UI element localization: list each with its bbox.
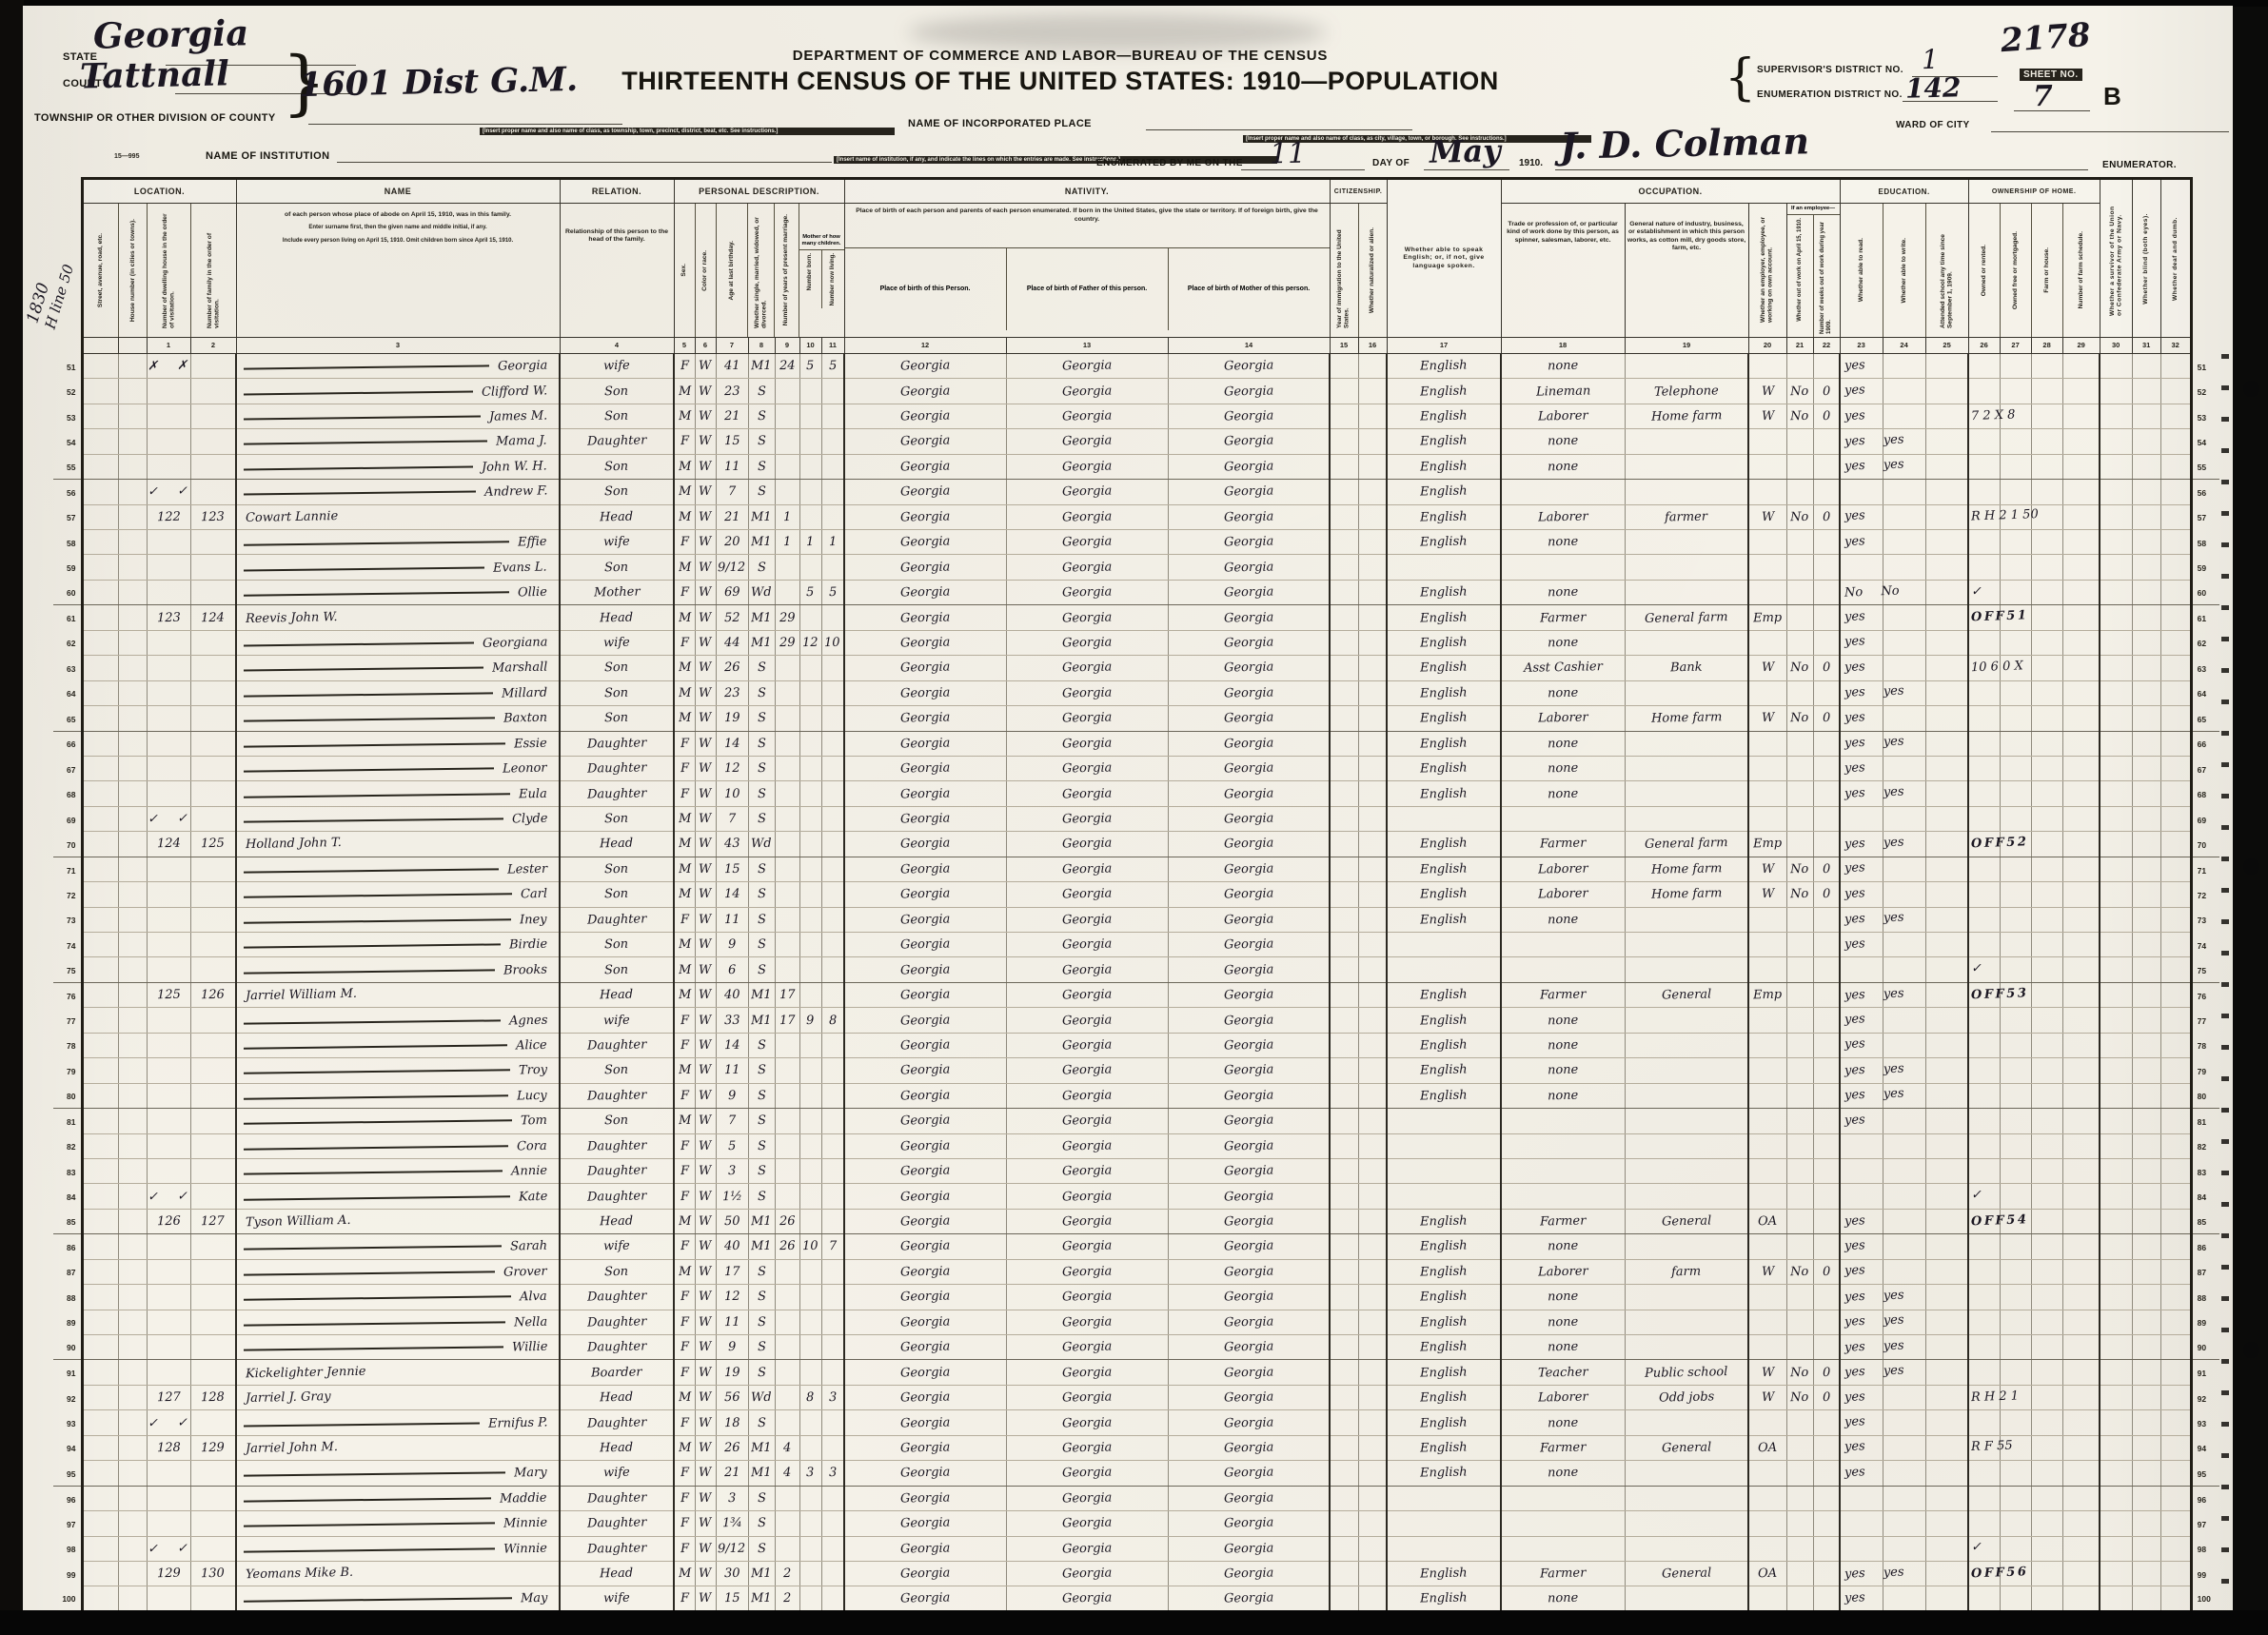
cell-survivor	[2100, 1083, 2132, 1108]
cell-industry: General	[1625, 1561, 1748, 1586]
cell-name: Yeomans Mike B.	[236, 1561, 560, 1586]
cell-employer-status	[1748, 630, 1786, 655]
cell-write	[1883, 555, 1925, 580]
cell-weeks-out	[1813, 1561, 1840, 1586]
cell-sex: M	[674, 605, 695, 630]
cell-deaf	[2160, 353, 2191, 378]
cell-farm-schedule	[2062, 957, 2100, 982]
cell-deaf	[2160, 731, 2191, 756]
cell-survivor	[2100, 1234, 2132, 1259]
cell-dwelling-number	[147, 781, 190, 806]
cell-house-number	[118, 907, 147, 932]
cell-street	[82, 1461, 118, 1486]
cell-farm-or-house	[2031, 1435, 2062, 1460]
cell-home-owned: OFF54	[1968, 1209, 2000, 1233]
cell-father-birthplace: Georgia	[1006, 1234, 1168, 1259]
cell-children-born	[799, 454, 821, 479]
cell-children-living: 8	[821, 1008, 844, 1033]
census-row-81: 81TomSonMW7SGeorgiaGeorgiaGeorgiayes81	[53, 1109, 2219, 1133]
census-row-75: 75BrooksSonMW6SGeorgiaGeorgiaGeorgia✓75	[53, 957, 2219, 982]
cell-out-of-work	[1786, 1310, 1813, 1334]
cell-naturalization	[1358, 781, 1387, 806]
incorporated-place-label: Name of incorporated place	[908, 118, 1092, 129]
cell-age: 23	[716, 680, 748, 705]
cell-birthplace: Georgia	[844, 1033, 1006, 1057]
cell-farm-or-house	[2031, 680, 2062, 705]
cell-school	[1925, 1184, 1968, 1209]
cell-family-number	[190, 907, 236, 932]
cell-read: yes yes	[1840, 1561, 1883, 1586]
cell-home-owned: OFF53	[1968, 982, 2000, 1007]
cell-family-number	[190, 1184, 236, 1209]
census-row-94: 94128129Jarriel John M.HeadMW26M14Georgi…	[53, 1435, 2219, 1460]
cell-employer-status: Emp	[1748, 605, 1786, 630]
cell-street	[82, 756, 118, 780]
cell-weeks-out	[1813, 1109, 1840, 1133]
cell-family-number	[190, 933, 236, 957]
cell-marital-status: S	[748, 1360, 775, 1385]
cell-read: yes	[1840, 706, 1883, 731]
census-row-51: 51✗ ✗GeorgiawifeFW41M12455GeorgiaGeorgia…	[53, 353, 2219, 378]
cell-industry: farm	[1625, 1259, 1748, 1284]
column-number: 23	[1840, 337, 1883, 353]
cell-naturalization	[1358, 429, 1387, 454]
cell-read	[1840, 1158, 1883, 1183]
cell-deaf	[2160, 1209, 2191, 1233]
cell-farm-schedule	[2062, 1410, 2100, 1435]
cell-farm-or-house	[2031, 1360, 2062, 1385]
header-description-row: Street, avenue, road, etc. House number …	[53, 204, 2219, 338]
cell-survivor	[2100, 1461, 2132, 1486]
cell-farm-schedule	[2062, 1158, 2100, 1183]
census-row-63: 63MarshallSonMW26SGeorgiaGeorgiaGeorgiaE…	[53, 656, 2219, 680]
census-row-98: 98✓ ✓WinnieDaughterFW9/12SGeorgiaGeorgia…	[53, 1536, 2219, 1561]
cell-trade	[1501, 806, 1625, 831]
cell-age: 56	[716, 1385, 748, 1409]
column-number: 29	[2062, 337, 2100, 353]
cell-children-living	[821, 680, 844, 705]
cell-trade: none	[1501, 454, 1625, 479]
cell-naturalization	[1358, 454, 1387, 479]
cell-trade: Laborer	[1501, 1259, 1625, 1284]
cell-birthplace: Georgia	[844, 1511, 1006, 1536]
cell-relation: Son	[560, 680, 674, 705]
cell-relation: Son	[560, 1109, 674, 1133]
cell-street	[82, 1335, 118, 1360]
tick-mark	[2221, 888, 2229, 893]
cell-relation: Son	[560, 480, 674, 504]
cell-age: 43	[716, 832, 748, 857]
cell-employer-status	[1748, 1586, 1786, 1611]
cell-farm-or-house	[2031, 957, 2062, 982]
cell-employer-status	[1748, 1410, 1786, 1435]
cell-children-born	[799, 806, 821, 831]
cell-color-race: W	[695, 480, 716, 504]
cell-employer-status: W	[1748, 706, 1786, 731]
cell-age: 3	[716, 1486, 748, 1510]
cell-color-race: W	[695, 530, 716, 555]
cell-weeks-out: 0	[1813, 656, 1840, 680]
cell-weeks-out	[1813, 630, 1840, 655]
cell-home-owned	[1968, 530, 2000, 555]
cell-age: 50	[716, 1209, 748, 1233]
cell-farm-or-house	[2031, 1184, 2062, 1209]
cell-years-married	[775, 1486, 799, 1510]
cell-children-born	[799, 1486, 821, 1510]
cell-immigration-year	[1330, 1008, 1358, 1033]
cell-family-number: 125	[190, 832, 236, 857]
cell-age: 26	[716, 1435, 748, 1460]
cell-dwelling-number: 127	[147, 1385, 190, 1409]
line-number-right: 76	[2191, 982, 2219, 1007]
cell-farm-schedule	[2062, 1435, 2100, 1460]
cell-street	[82, 1209, 118, 1233]
cell-home-owned	[1968, 857, 2000, 881]
cell-weeks-out	[1813, 1285, 1840, 1310]
cell-children-living: 3	[821, 1385, 844, 1409]
cell-farm-schedule	[2062, 756, 2100, 780]
cell-read	[1840, 1184, 1883, 1209]
cell-marital-status: Wd	[748, 832, 775, 857]
cell-employer-status	[1748, 1511, 1786, 1536]
column-number: 17	[1387, 337, 1501, 353]
cell-trade	[1501, 1158, 1625, 1183]
name-description: of each person whose place of abode on A…	[236, 204, 560, 338]
cell-color-race: W	[695, 1058, 716, 1083]
cell-children-living	[821, 1511, 844, 1536]
cell-industry	[1625, 781, 1748, 806]
cell-home-owned: ✓	[1968, 1536, 2000, 1561]
cell-blind	[2132, 454, 2160, 479]
cell-out-of-work	[1786, 555, 1813, 580]
cell-street	[82, 1033, 118, 1057]
cell-industry	[1625, 1109, 1748, 1133]
cell-industry: Odd jobs	[1625, 1385, 1748, 1409]
cell-color-race: W	[695, 1184, 716, 1209]
cell-house-number	[118, 1133, 147, 1158]
cell-out-of-work	[1786, 454, 1813, 479]
cell-naturalization	[1358, 706, 1387, 731]
cell-house-number	[118, 1083, 147, 1108]
cell-mother-birthplace: Georgia	[1168, 480, 1330, 504]
cell-naturalization	[1358, 580, 1387, 604]
cell-trade: none	[1501, 1586, 1625, 1611]
cell-children-living	[821, 1310, 844, 1334]
cell-father-birthplace: Georgia	[1006, 731, 1168, 756]
cell-street	[82, 832, 118, 857]
cell-blind	[2132, 882, 2160, 907]
cell-weeks-out	[1813, 756, 1840, 780]
cell-naturalization	[1358, 530, 1387, 555]
cell-trade: none	[1501, 530, 1625, 555]
cell-children-born	[799, 656, 821, 680]
cell-home-owned	[1968, 353, 2000, 378]
cell-house-number	[118, 1586, 147, 1611]
cell-immigration-year	[1330, 504, 1358, 529]
tick-mark	[2221, 605, 2229, 610]
cell-farm-schedule	[2062, 1586, 2100, 1611]
cell-father-birthplace: Georgia	[1006, 706, 1168, 731]
cell-school	[1925, 1259, 1968, 1284]
cell-out-of-work	[1786, 806, 1813, 831]
cell-industry: General	[1625, 982, 1748, 1007]
cell-trade: none	[1501, 353, 1625, 378]
cell-relation: Son	[560, 1259, 674, 1284]
cell-farm-or-house	[2031, 882, 2062, 907]
cell-father-birthplace: Georgia	[1006, 756, 1168, 780]
tick-mark	[2221, 385, 2229, 390]
line-number-left: 63	[53, 656, 82, 680]
cell-marital-status: S	[748, 1133, 775, 1158]
cell-name: Nella	[236, 1310, 560, 1334]
cell-mother-birthplace: Georgia	[1168, 933, 1330, 957]
cell-birthplace: Georgia	[844, 404, 1006, 428]
line-number-left: 89	[53, 1310, 82, 1334]
cell-father-birthplace: Georgia	[1006, 1109, 1168, 1133]
cell-farm-or-house	[2031, 605, 2062, 630]
line-number-right: 80	[2191, 1083, 2219, 1108]
cell-children-living	[821, 454, 844, 479]
cell-farm-schedule	[2062, 1536, 2100, 1561]
cell-farm-schedule	[2062, 1209, 2100, 1233]
cell-home-owned: OFF51	[1968, 605, 2000, 630]
cell-language: English	[1387, 480, 1501, 504]
cell-children-living	[821, 480, 844, 504]
cell-industry	[1625, 680, 1748, 705]
cell-farm-schedule	[2062, 1083, 2100, 1108]
census-row-84: 84✓ ✓KateDaughterFW1½SGeorgiaGeorgiaGeor…	[53, 1184, 2219, 1209]
cell-children-living	[821, 1058, 844, 1083]
cell-write	[1883, 1259, 1925, 1284]
cell-street	[82, 781, 118, 806]
cell-marital-status: S	[748, 454, 775, 479]
cell-birthplace: Georgia	[844, 1360, 1006, 1385]
cell-street	[82, 1133, 118, 1158]
cell-father-birthplace: Georgia	[1006, 1410, 1168, 1435]
line-number-left: 80	[53, 1083, 82, 1108]
tick-mark	[2221, 354, 2229, 359]
cell-employer-status: W	[1748, 656, 1786, 680]
column-number: 24	[1883, 337, 1925, 353]
cell-father-birthplace: Georgia	[1006, 781, 1168, 806]
cell-school	[1925, 404, 1968, 428]
cell-deaf	[2160, 1133, 2191, 1158]
cell-children-living: 5	[821, 353, 844, 378]
cell-family-number: 126	[190, 982, 236, 1007]
cell-color-race: W	[695, 1285, 716, 1310]
cell-trade: Farmer	[1501, 605, 1625, 630]
cell-name: Effie	[236, 530, 560, 555]
cell-home-owned: ✓	[1968, 580, 2000, 604]
cell-farm-or-house	[2031, 429, 2062, 454]
cell-birthplace: Georgia	[844, 1133, 1006, 1158]
cell-age: 10	[716, 781, 748, 806]
cell-write	[1883, 656, 1925, 680]
cell-years-married: 2	[775, 1586, 799, 1611]
cell-color-race: W	[695, 1083, 716, 1108]
column-number: 13	[1006, 337, 1168, 353]
cell-owned-free	[2000, 1058, 2031, 1083]
cell-weeks-out	[1813, 353, 1840, 378]
cell-language: English	[1387, 1209, 1501, 1233]
binder-hole	[2243, 381, 2259, 397]
cell-school	[1925, 1511, 1968, 1536]
cell-survivor	[2100, 1511, 2132, 1536]
cell-immigration-year	[1330, 1133, 1358, 1158]
line-number-left: 97	[53, 1511, 82, 1536]
cell-language: English	[1387, 1058, 1501, 1083]
cell-sex: M	[674, 1385, 695, 1409]
cell-age: 19	[716, 706, 748, 731]
cell-father-birthplace: Georgia	[1006, 933, 1168, 957]
cell-out-of-work	[1786, 982, 1813, 1007]
tick-mark	[2221, 1233, 2229, 1238]
cell-family-number	[190, 857, 236, 881]
line-number-left: 62	[53, 630, 82, 655]
column-number: 11	[821, 337, 844, 353]
cell-sex: F	[674, 1184, 695, 1209]
cell-marital-status: M1	[748, 1209, 775, 1233]
cell-deaf	[2160, 806, 2191, 831]
cell-marital-status: M1	[748, 1561, 775, 1586]
cell-employer-status	[1748, 781, 1786, 806]
cell-weeks-out: 0	[1813, 706, 1840, 731]
cell-years-married	[775, 1410, 799, 1435]
institution-line	[337, 162, 832, 163]
cell-blind	[2132, 353, 2160, 378]
cell-dwelling-number: ✓ ✓	[147, 806, 190, 831]
cell-children-born	[799, 1133, 821, 1158]
cell-house-number	[118, 454, 147, 479]
cell-out-of-work	[1786, 1109, 1813, 1133]
cell-owned-free	[2000, 857, 2031, 881]
cell-marital-status: S	[748, 806, 775, 831]
line-number-right: 60	[2191, 580, 2219, 604]
cell-read: yes	[1840, 379, 1883, 404]
cell-years-married	[775, 1335, 799, 1360]
cell-street	[82, 1058, 118, 1083]
cell-deaf	[2160, 1310, 2191, 1334]
cell-relation: wife	[560, 530, 674, 555]
cell-color-race: W	[695, 504, 716, 529]
cell-weeks-out	[1813, 806, 1840, 831]
cell-name: Georgiana	[236, 630, 560, 655]
cell-deaf	[2160, 1561, 2191, 1586]
cell-birthplace: Georgia	[844, 1234, 1006, 1259]
cell-weeks-out: 0	[1813, 882, 1840, 907]
cell-deaf	[2160, 429, 2191, 454]
cell-naturalization	[1358, 605, 1387, 630]
cell-dwelling-number	[147, 1486, 190, 1510]
cell-language	[1387, 1536, 1501, 1561]
township-line	[308, 124, 622, 125]
cell-dwelling-number: ✓ ✓	[147, 1184, 190, 1209]
cell-dwelling-number	[147, 1586, 190, 1611]
cell-sex: F	[674, 1410, 695, 1435]
cell-immigration-year	[1330, 480, 1358, 504]
cell-immigration-year	[1330, 580, 1358, 604]
cell-farm-or-house	[2031, 1133, 2062, 1158]
cell-years-married	[775, 706, 799, 731]
cell-employer-status	[1748, 555, 1786, 580]
cell-age: 7	[716, 480, 748, 504]
cell-language	[1387, 1184, 1501, 1209]
cell-read: yes	[1840, 605, 1883, 630]
cell-sex: M	[674, 857, 695, 881]
cell-birthplace: Georgia	[844, 1109, 1006, 1133]
cell-years-married	[775, 1385, 799, 1409]
cell-out-of-work	[1786, 756, 1813, 780]
cell-naturalization	[1358, 1561, 1387, 1586]
cell-relation: Daughter	[560, 429, 674, 454]
cell-family-number	[190, 1335, 236, 1360]
cell-home-owned	[1968, 731, 2000, 756]
census-row-89: 89NellaDaughterFW11SGeorgiaGeorgiaGeorgi…	[53, 1310, 2219, 1334]
cell-farm-or-house	[2031, 1083, 2062, 1108]
cell-deaf	[2160, 530, 2191, 555]
cell-children-born	[799, 1033, 821, 1057]
township-note: [Insert proper name and also name of cla…	[480, 128, 895, 135]
cell-age: 17	[716, 1259, 748, 1284]
cell-children-living: 5	[821, 580, 844, 604]
cell-immigration-year	[1330, 1310, 1358, 1334]
cell-survivor	[2100, 504, 2132, 529]
cell-years-married	[775, 1360, 799, 1385]
cell-children-living	[821, 429, 844, 454]
cell-house-number	[118, 1335, 147, 1360]
cell-deaf	[2160, 555, 2191, 580]
census-row-72: 72CarlSonMW14SGeorgiaGeorgiaGeorgiaEngli…	[53, 882, 2219, 907]
tick-mark	[2221, 1390, 2229, 1395]
cell-home-owned	[1968, 1410, 2000, 1435]
cell-birthplace: Georgia	[844, 1385, 1006, 1409]
cell-dwelling-number: 123	[147, 605, 190, 630]
cell-read	[1840, 1511, 1883, 1536]
cell-birthplace: Georgia	[844, 706, 1006, 731]
cell-immigration-year	[1330, 1259, 1358, 1284]
cell-weeks-out	[1813, 1209, 1840, 1233]
cell-sex: F	[674, 907, 695, 932]
cell-school	[1925, 832, 1968, 857]
cell-trade: none	[1501, 630, 1625, 655]
cell-street	[82, 353, 118, 378]
cell-children-living	[821, 605, 844, 630]
cell-years-married	[775, 379, 799, 404]
cell-farm-or-house	[2031, 1511, 2062, 1536]
cell-survivor	[2100, 1058, 2132, 1083]
cell-marital-status: M1	[748, 1461, 775, 1486]
cell-street	[82, 630, 118, 655]
cell-farm-or-house	[2031, 731, 2062, 756]
tick-mark	[2221, 857, 2229, 861]
cell-name: Winnie	[236, 1536, 560, 1561]
cell-weeks-out	[1813, 1133, 1840, 1158]
census-row-91: 91Kickelighter JennieBoarderFW19SGeorgia…	[53, 1360, 2219, 1385]
cell-dwelling-number	[147, 1158, 190, 1183]
cell-mother-birthplace: Georgia	[1168, 882, 1330, 907]
line-number-right: 59	[2191, 555, 2219, 580]
cell-trade: Laborer	[1501, 706, 1625, 731]
census-row-83: 83AnnieDaughterFW3SGeorgiaGeorgiaGeorgia…	[53, 1158, 2219, 1183]
cell-family-number	[190, 882, 236, 907]
col-header-blind: Whether blind (both eyes).	[2132, 179, 2160, 338]
cell-farm-or-house	[2031, 1285, 2062, 1310]
cell-years-married: 29	[775, 630, 799, 655]
cell-color-race: W	[695, 882, 716, 907]
cell-street	[82, 656, 118, 680]
column-number: 6	[695, 337, 716, 353]
cell-employer-status: OA	[1748, 1561, 1786, 1586]
